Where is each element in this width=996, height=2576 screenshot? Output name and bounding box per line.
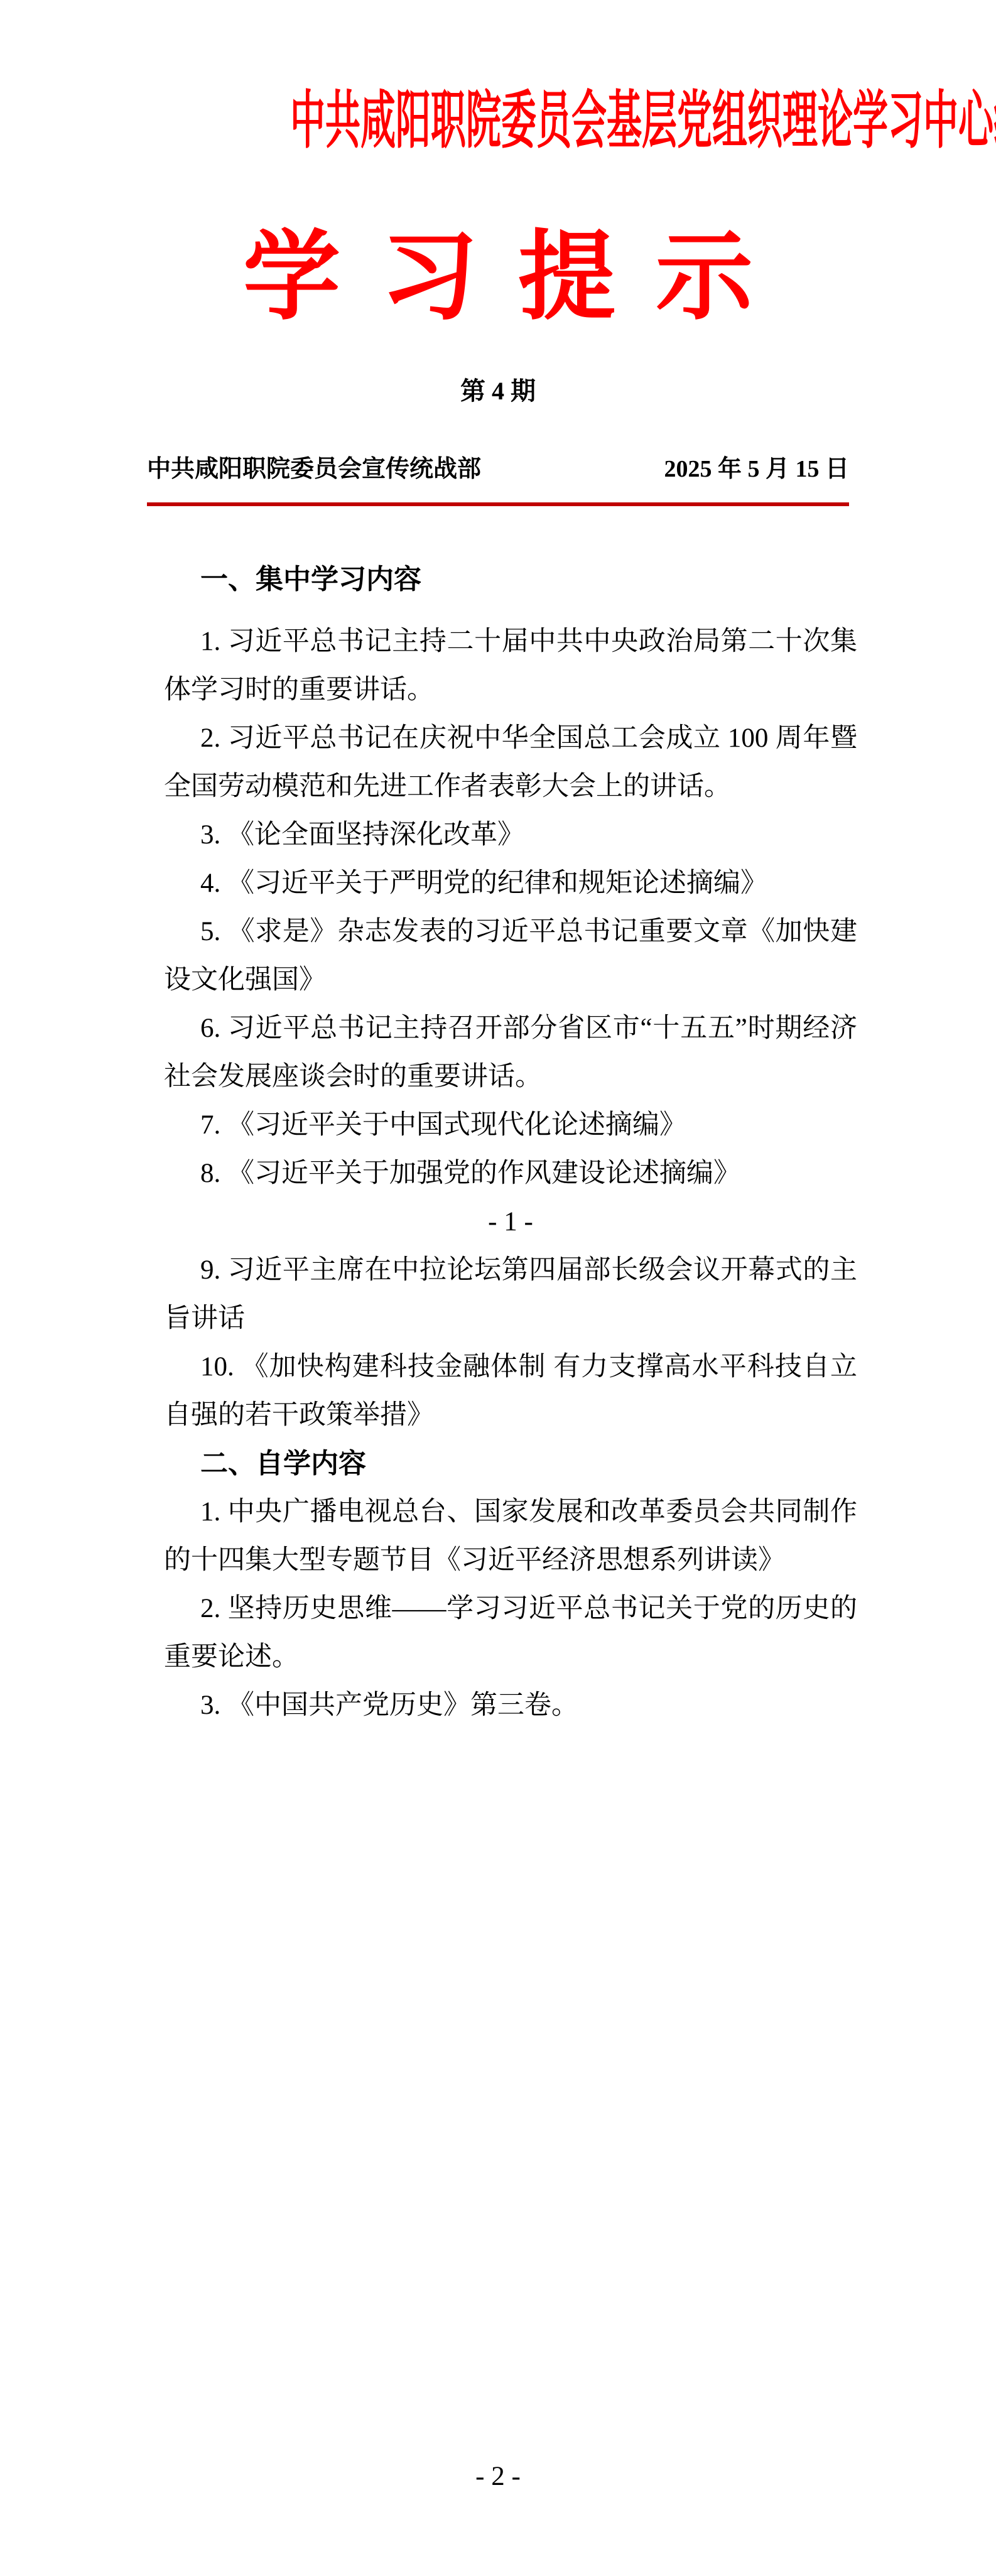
issue-number: 第 4 期 xyxy=(0,376,996,407)
study-item: 2. 习近平总书记在庆祝中华全国总工会成立 100 周年暨全国劳动模范和先进工作… xyxy=(164,714,857,811)
document-page: 中共咸阳职院委员会基层党组织理论学习中心组 学习提示 第 4 期 中共咸阳职院委… xyxy=(0,0,996,2576)
study-item: 3. 《论全面坚持深化改革》 xyxy=(164,811,857,859)
divider-rule xyxy=(147,502,849,506)
study-item: 9. 习近平主席在中拉论坛第四届部长级会议开幕式的主旨讲话 xyxy=(164,1246,857,1343)
study-item: 5. 《求是》杂志发表的习近平总书记重要文章《加快建设文化强国》 xyxy=(164,907,857,1004)
page-number-2: - 2 - xyxy=(0,2452,996,2501)
study-item: 1. 习近平总书记主持二十届中共中央政治局第二十次集体学习时的重要讲话。 xyxy=(164,617,857,714)
publisher-row: 中共咸阳职院委员会宣传统战部 2025 年 5 月 15 日 xyxy=(147,455,849,484)
publisher: 中共咸阳职院委员会宣传统战部 xyxy=(147,455,481,484)
study-item: 1. 中央广播电视总台、国家发展和改革委员会共同制作的十四集大型专题节目《习近平… xyxy=(164,1488,857,1584)
study-item: 6. 习近平总书记主持召开部分省区市“十五五”时期经济社会发展座谈会时的重要讲话… xyxy=(164,1004,857,1101)
document-body: 一、集中学习内容 1. 习近平总书记主持二十届中共中央政治局第二十次集体学习时的… xyxy=(164,555,857,1729)
org-title: 中共咸阳职院委员会基层党组织理论学习中心组 xyxy=(0,87,996,156)
study-item: 4. 《习近平关于严明党的纪律和规矩论述摘编》 xyxy=(164,859,857,907)
doc-title: 学习提示 xyxy=(0,227,996,328)
study-item: 8. 《习近平关于加强党的作风建设论述摘编》 xyxy=(164,1149,857,1198)
study-item: 10. 《加快构建科技金融体制 有力支撑高水平科技自立自强的若干政策举措》 xyxy=(164,1343,857,1439)
section-heading-1: 一、集中学习内容 xyxy=(164,555,857,603)
publish-date: 2025 年 5 月 15 日 xyxy=(664,455,849,484)
study-item: 7. 《习近平关于中国式现代化论述摘编》 xyxy=(164,1101,857,1149)
section-heading-2: 二、自学内容 xyxy=(164,1439,857,1488)
study-item: 2. 坚持历史思维——学习习近平总书记关于党的历史的重要论述。 xyxy=(164,1584,857,1681)
org-title-text: 中共咸阳职院委员会基层党组织理论学习中心组 xyxy=(290,87,996,156)
page-number-1: - 1 - xyxy=(164,1198,857,1246)
study-item: 3. 《中国共产党历史》第三卷。 xyxy=(164,1681,857,1729)
